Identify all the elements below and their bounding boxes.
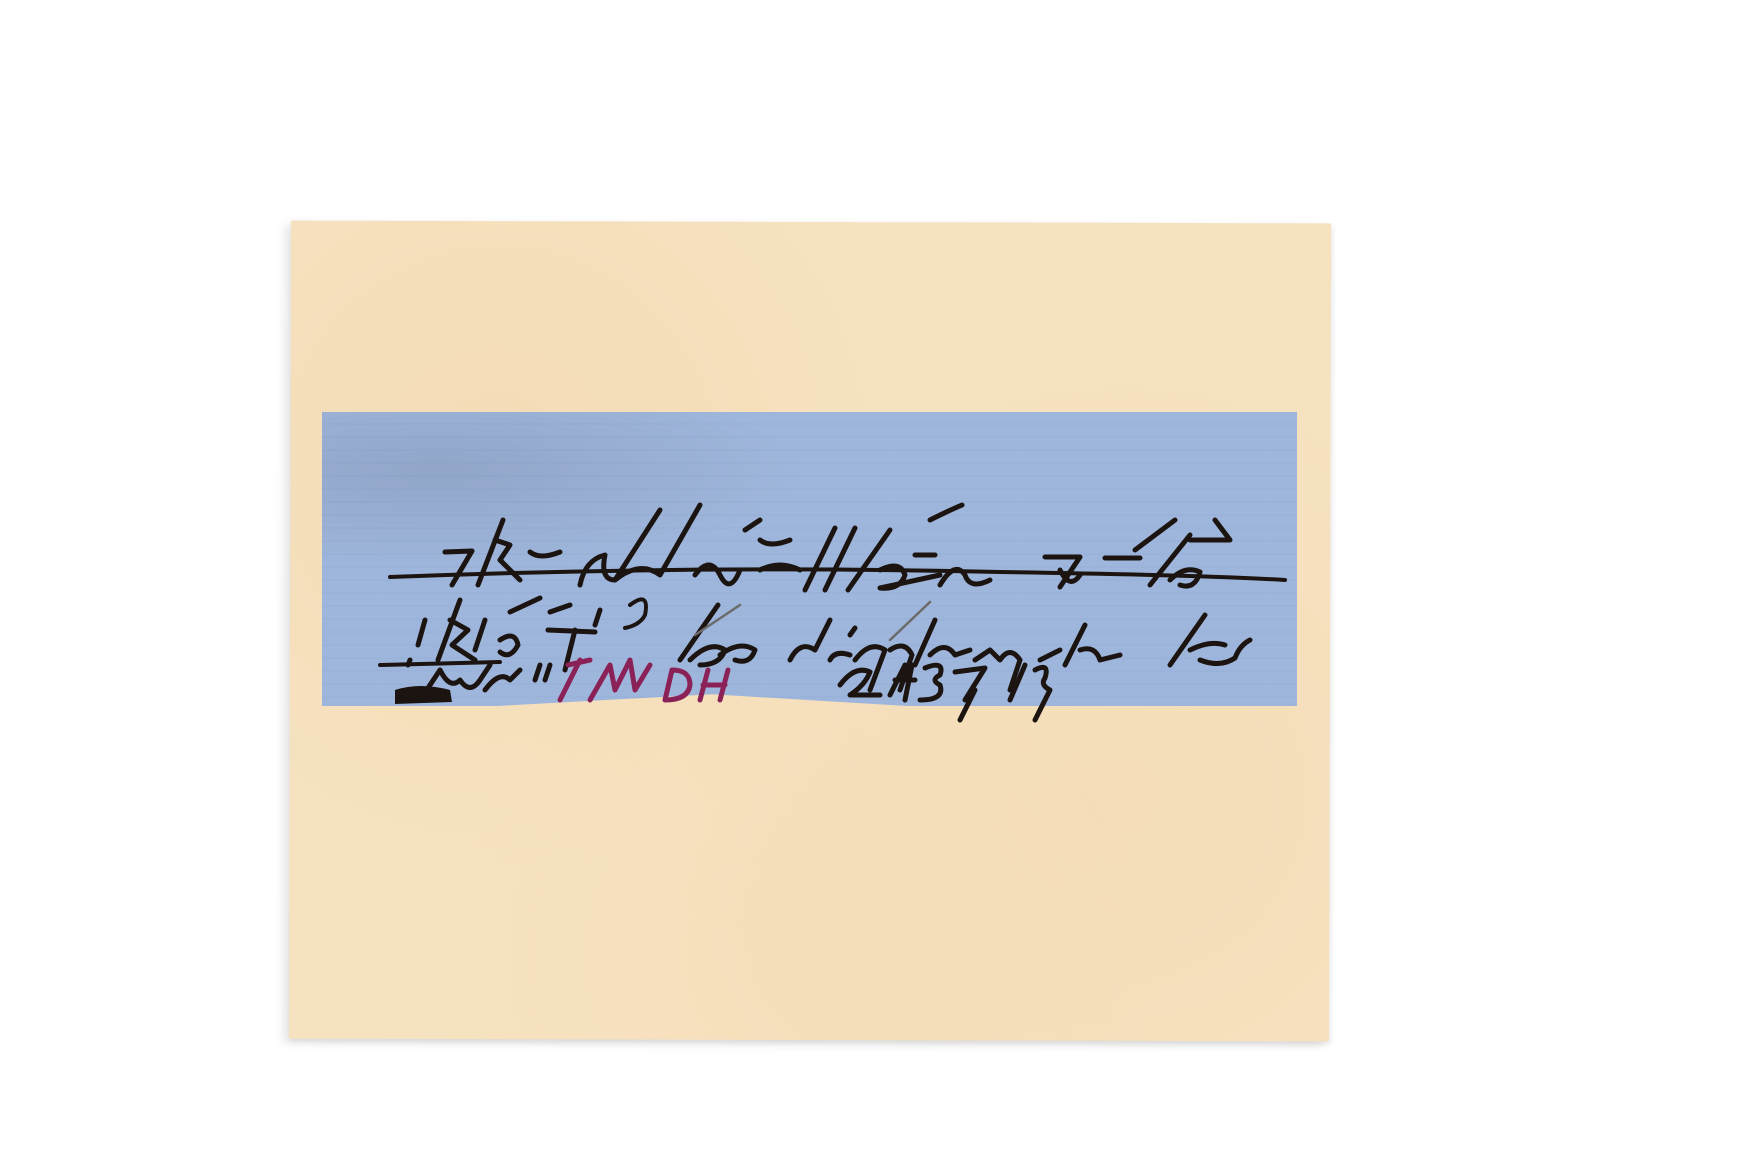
short-underline	[380, 662, 500, 665]
line-1-hook	[625, 599, 646, 628]
line-1-strokes	[445, 505, 1230, 590]
pencil-strokes	[695, 602, 930, 640]
underline-rule	[390, 569, 1285, 580]
ink-blot	[395, 686, 452, 704]
line-3-strokes	[420, 665, 1050, 720]
handwriting-ink	[0, 0, 1755, 1170]
